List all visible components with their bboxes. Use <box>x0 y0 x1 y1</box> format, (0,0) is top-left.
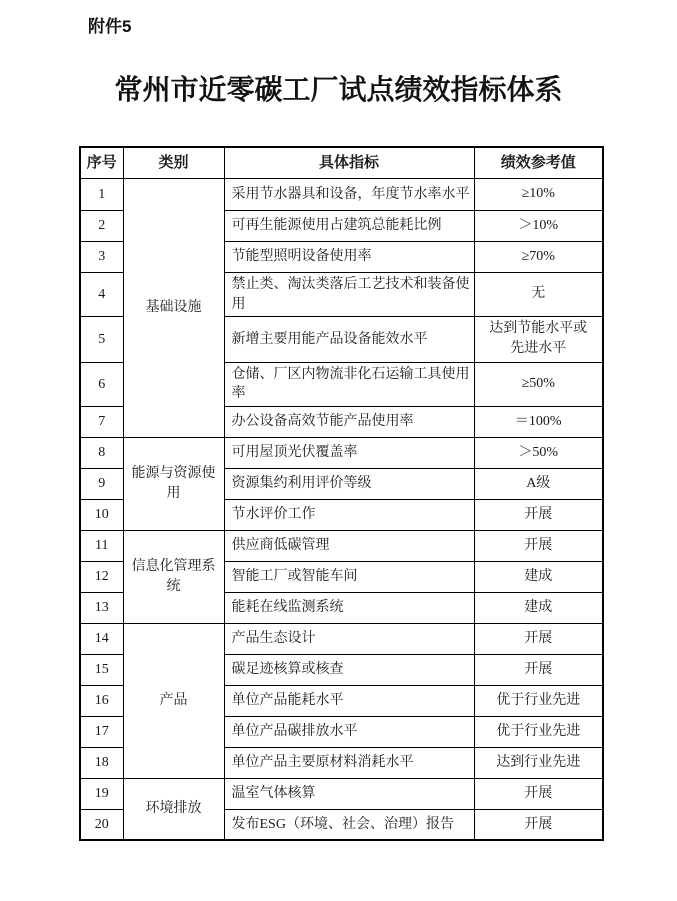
column-header-category: 类别 <box>123 147 224 179</box>
value-cell: ≥70% <box>474 242 603 273</box>
indicator-cell: 节能型照明设备使用率 <box>224 242 474 273</box>
category-label: 产品 <box>160 691 188 711</box>
serial-cell: 5 <box>80 317 123 363</box>
indicator-cell: 供应商低碳管理 <box>224 530 474 561</box>
value-label: ≥70% <box>522 247 555 267</box>
serial-cell: 17 <box>80 716 123 747</box>
table-row: 8能源与资源使用可用屋顶光伏覆盖率＞50% <box>80 437 603 468</box>
attachment-label: 附件5 <box>88 12 131 37</box>
value-label: ≥10% <box>522 184 555 204</box>
serial-cell: 7 <box>80 406 123 437</box>
value-label: 开展 <box>524 815 552 835</box>
value-cell: 建成 <box>474 561 603 592</box>
value-label: 开展 <box>524 629 552 649</box>
serial-cell: 6 <box>80 362 123 406</box>
value-cell: 开展 <box>474 530 603 561</box>
serial-cell: 19 <box>80 778 123 809</box>
serial-cell: 12 <box>80 561 123 592</box>
serial-cell: 14 <box>80 623 123 654</box>
serial-cell: 9 <box>80 468 123 499</box>
document-page: 附件5 常州市近零碳工厂试点绩效指标体系 序号 类别 具体指标 绩效参考值 1基… <box>0 0 677 901</box>
serial-cell: 1 <box>80 179 123 211</box>
value-cell: 优于行业先进 <box>474 685 603 716</box>
indicator-cell: 办公设备高效节能产品使用率 <box>224 406 474 437</box>
indicator-cell: 单位产品碳排放水平 <box>224 716 474 747</box>
indicator-cell: 新增主要用能产品设备能效水平 <box>224 317 474 363</box>
serial-cell: 16 <box>80 685 123 716</box>
table-body: 1基础设施采用节水器具和设备，年度节水率水平≥10%2可再生能源使用占建筑总能耗… <box>80 179 603 841</box>
indicator-cell: 发布ESG（环境、社会、治理）报告 <box>224 809 474 840</box>
indicator-cell: 智能工厂或智能车间 <box>224 561 474 592</box>
category-cell: 产品 <box>123 623 224 778</box>
indicator-cell: 仓储、厂区内物流非化石运输工具使用率 <box>224 362 474 406</box>
indicator-cell: 可再生能源使用占建筑总能耗比例 <box>224 211 474 242</box>
table-row: 1基础设施采用节水器具和设备，年度节水率水平≥10% <box>80 179 603 211</box>
value-cell: ≥50% <box>474 362 603 406</box>
serial-cell: 15 <box>80 654 123 685</box>
serial-cell: 20 <box>80 809 123 840</box>
value-cell: 优于行业先进 <box>474 716 603 747</box>
category-cell: 基础设施 <box>123 179 224 438</box>
value-cell: 建成 <box>474 592 603 623</box>
serial-cell: 3 <box>80 242 123 273</box>
indicator-cell: 采用节水器具和设备，年度节水率水平 <box>224 179 474 211</box>
serial-cell: 13 <box>80 592 123 623</box>
value-label: 开展 <box>524 505 552 525</box>
header-row: 序号 类别 具体指标 绩效参考值 <box>80 147 603 179</box>
value-label: ＝100% <box>515 412 562 432</box>
category-label: 信息化管理系统 <box>128 557 220 598</box>
value-label: 建成 <box>524 567 552 587</box>
category-cell: 能源与资源使用 <box>123 437 224 530</box>
value-cell: A级 <box>474 468 603 499</box>
indicator-cell: 能耗在线监测系统 <box>224 592 474 623</box>
value-cell: 开展 <box>474 778 603 809</box>
value-label: 优于行业先进 <box>496 722 580 742</box>
value-label: 达到行业先进 <box>496 753 580 773</box>
value-cell: 达到节能水平或先进水平 <box>474 317 603 363</box>
column-header-value: 绩效参考值 <box>474 147 603 179</box>
value-label: 开展 <box>524 784 552 804</box>
category-label: 能源与资源使用 <box>128 464 220 505</box>
value-cell: 开展 <box>474 623 603 654</box>
page-title: 常州市近零碳工厂试点绩效指标体系 <box>0 68 677 108</box>
column-header-serial: 序号 <box>80 147 123 179</box>
serial-cell: 8 <box>80 437 123 468</box>
value-label: ≥50% <box>522 374 555 394</box>
value-cell: 开展 <box>474 499 603 530</box>
category-cell: 信息化管理系统 <box>123 530 224 623</box>
value-cell: ＞10% <box>474 211 603 242</box>
value-cell: ＝100% <box>474 406 603 437</box>
value-cell: ＞50% <box>474 437 603 468</box>
table-row: 19环境排放温室气体核算开展 <box>80 778 603 809</box>
indicator-cell: 节水评价工作 <box>224 499 474 530</box>
value-label: A级 <box>526 474 550 494</box>
indicator-cell: 单位产品能耗水平 <box>224 685 474 716</box>
category-cell: 环境排放 <box>123 778 224 840</box>
column-header-indicator: 具体指标 <box>224 147 474 179</box>
indicator-cell: 产品生态设计 <box>224 623 474 654</box>
serial-cell: 4 <box>80 273 123 317</box>
value-label: 开展 <box>524 660 552 680</box>
table-row: 11信息化管理系统供应商低碳管理开展 <box>80 530 603 561</box>
value-cell: ≥10% <box>474 179 603 211</box>
indicator-cell: 碳足迹核算或核查 <box>224 654 474 685</box>
indicator-cell: 资源集约利用评价等级 <box>224 468 474 499</box>
category-label: 环境排放 <box>146 799 202 819</box>
indicator-cell: 温室气体核算 <box>224 778 474 809</box>
indicator-table: 序号 类别 具体指标 绩效参考值 1基础设施采用节水器具和设备，年度节水率水平≥… <box>79 146 604 841</box>
value-cell: 达到行业先进 <box>474 747 603 778</box>
value-label: 达到节能水平或先进水平 <box>486 319 590 360</box>
indicator-cell: 禁止类、淘汰类落后工艺技术和装备使用 <box>224 273 474 317</box>
indicator-cell: 单位产品主要原材料消耗水平 <box>224 747 474 778</box>
table-row: 14产品产品生态设计开展 <box>80 623 603 654</box>
value-label: 开展 <box>524 536 552 556</box>
serial-cell: 10 <box>80 499 123 530</box>
category-label: 基础设施 <box>146 298 202 318</box>
value-label: 无 <box>531 284 545 304</box>
serial-cell: 18 <box>80 747 123 778</box>
value-cell: 无 <box>474 273 603 317</box>
value-label: 优于行业先进 <box>496 691 580 711</box>
value-label: 建成 <box>524 598 552 618</box>
value-cell: 开展 <box>474 654 603 685</box>
serial-cell: 11 <box>80 530 123 561</box>
value-label: ＞10% <box>518 216 558 236</box>
serial-cell: 2 <box>80 211 123 242</box>
value-cell: 开展 <box>474 809 603 840</box>
indicator-cell: 可用屋顶光伏覆盖率 <box>224 437 474 468</box>
value-label: ＞50% <box>518 443 558 463</box>
